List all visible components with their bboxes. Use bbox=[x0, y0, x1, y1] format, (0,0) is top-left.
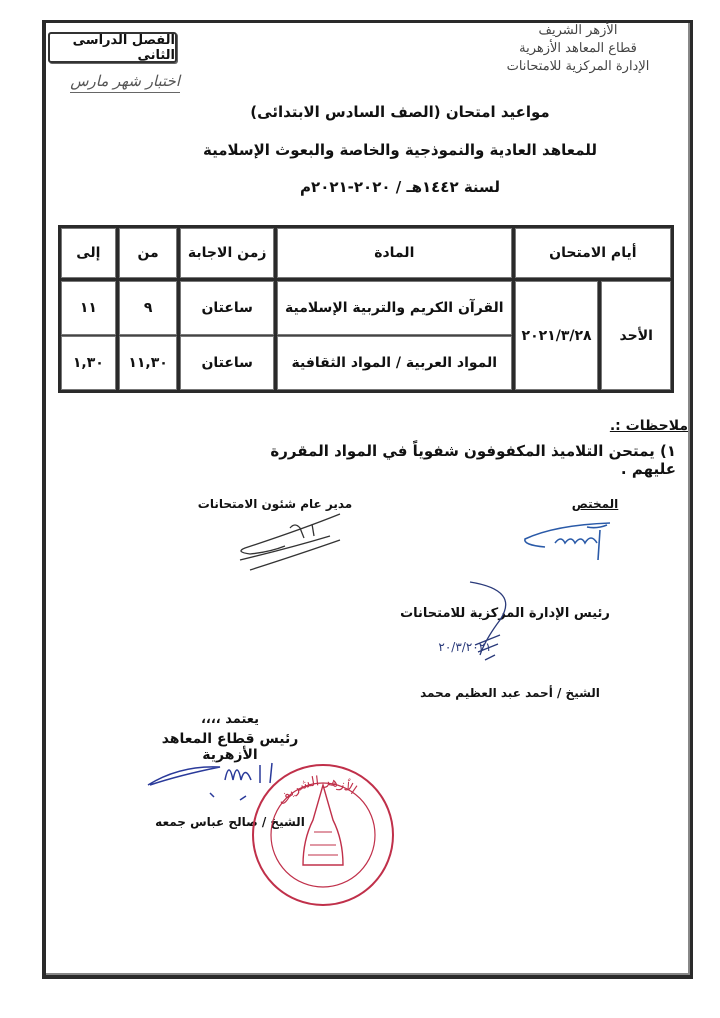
letterhead-line-1: الأزهر الشريف bbox=[478, 22, 678, 40]
cell-subject: المواد العربية / المواد الثقافية bbox=[275, 336, 513, 392]
title-line-2: للمعاهد العادية والنموذجية والخاصة والبع… bbox=[160, 141, 640, 159]
note-item: ١) يمتحن التلاميذ المكفوفون شفوياً في ال… bbox=[228, 442, 688, 478]
title-line-3: لسنة ١٤٤٢هـ / ٢٠٢٠-٢٠٢١م bbox=[160, 178, 640, 196]
cell-subject: القرآن الكريم والتربية الإسلامية bbox=[275, 280, 513, 336]
semester-label: الفصل الدراسى الثانى bbox=[48, 32, 177, 63]
general-manager-signature-icon bbox=[230, 510, 350, 575]
cell-day: الأحد bbox=[600, 280, 673, 392]
cell-to: ١,٣٠ bbox=[60, 336, 118, 392]
general-manager-block: مدير عام شئون الامتحانات bbox=[195, 497, 355, 511]
cell-date: ٢٠٢١/٣/٢٨ bbox=[513, 280, 600, 392]
title-line-1: مواعيد امتحان (الصف السادس الابتدائى) bbox=[160, 103, 640, 121]
table-row: الأحد ٢٠٢١/٣/٢٨ القرآن الكريم والتربية ا… bbox=[60, 280, 673, 336]
svg-text:الأزهر الشريف: الأزهر الشريف bbox=[274, 774, 359, 808]
header-exam-days: أيام الامتحان bbox=[513, 227, 672, 280]
central-head-name: الشيخ / أحمد عبد العظيم محمد bbox=[420, 686, 600, 700]
notes-title: ملاحظات :. bbox=[228, 418, 688, 434]
letterhead: الأزهر الشريف قطاع المعاهد الأزهرية الإد… bbox=[478, 22, 678, 76]
letterhead-line-3: الإدارة المركزية للامتحانات bbox=[478, 58, 678, 76]
cell-duration: ساعتان bbox=[179, 336, 275, 392]
stamp-text: الأزهر الشريف bbox=[274, 774, 359, 808]
azhar-seal-icon: الأزهر الشريف bbox=[248, 760, 398, 910]
specialist-signature-icon bbox=[515, 515, 625, 565]
letterhead-line-2: قطاع المعاهد الأزهرية bbox=[478, 40, 678, 58]
cell-to: ١١ bbox=[60, 280, 118, 336]
header-to: إلى bbox=[60, 227, 118, 280]
notes-section: ملاحظات :. ١) يمتحن التلاميذ المكفوفون ش… bbox=[228, 418, 688, 478]
central-head-signature-icon bbox=[430, 580, 520, 680]
approval-label: يعتمد ،،،، bbox=[150, 712, 310, 727]
document-title: مواعيد امتحان (الصف السادس الابتدائى) لل… bbox=[160, 103, 640, 215]
general-manager-title: مدير عام شئون الامتحانات bbox=[195, 497, 355, 511]
specialist-signature-block: المختص bbox=[560, 497, 630, 511]
header-subject: المادة bbox=[275, 227, 513, 280]
cell-from: ١١,٣٠ bbox=[117, 336, 179, 392]
specialist-title: المختص bbox=[560, 497, 630, 511]
header-duration: زمن الاجابة bbox=[179, 227, 275, 280]
handwritten-exam-note: اختبار شهر مارس bbox=[70, 72, 180, 93]
header-from: من bbox=[117, 227, 179, 280]
cell-from: ٩ bbox=[117, 280, 179, 336]
cell-duration: ساعتان bbox=[179, 280, 275, 336]
table-header-row: أيام الامتحان المادة زمن الاجابة من إلى bbox=[60, 227, 673, 280]
exam-schedule-table: أيام الامتحان المادة زمن الاجابة من إلى … bbox=[58, 225, 674, 393]
